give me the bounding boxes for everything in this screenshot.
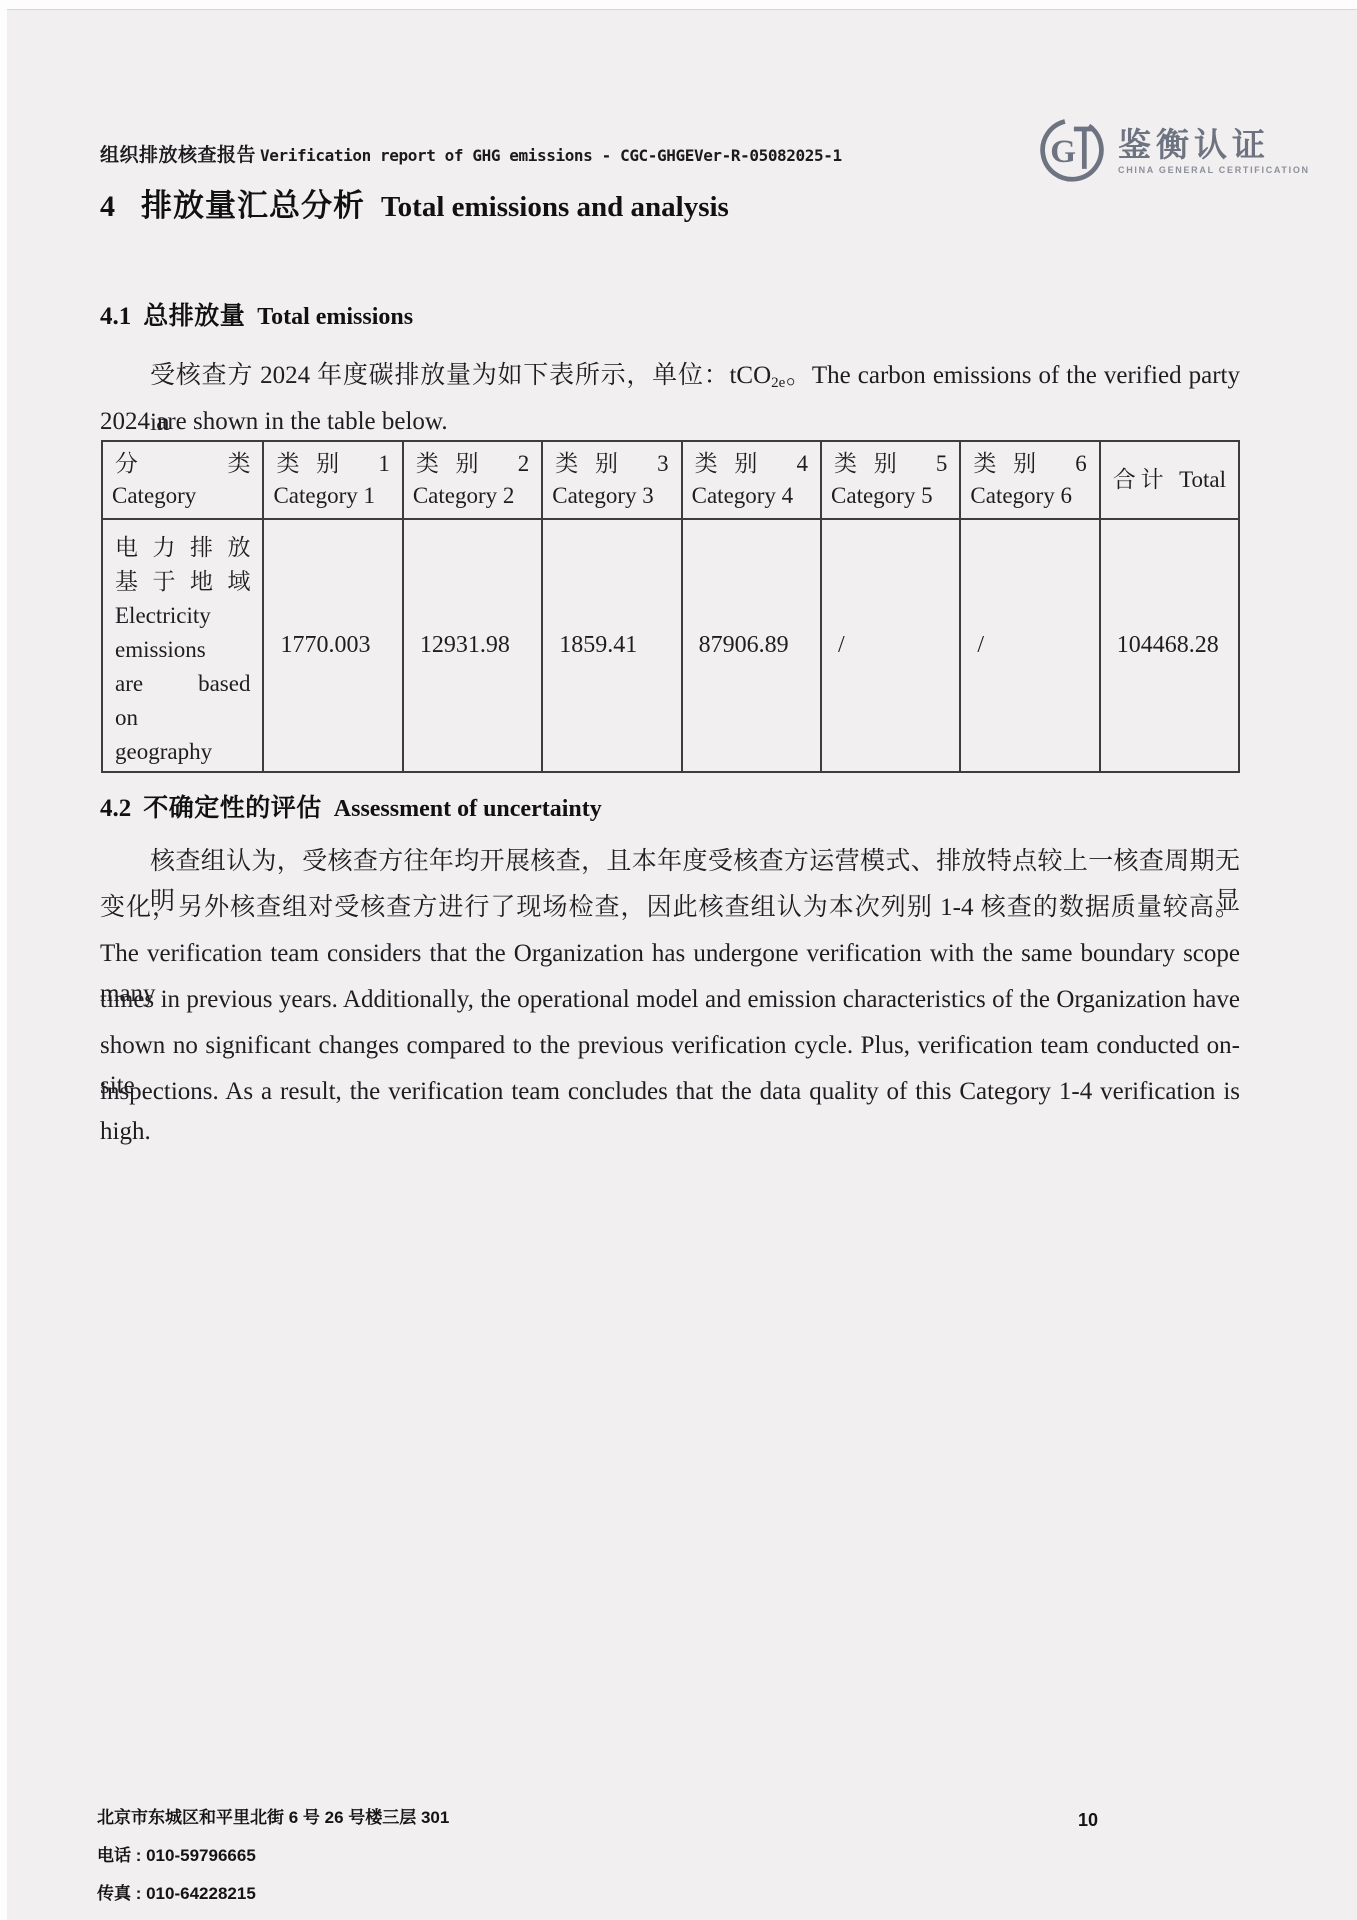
logo-name-en: CHINA GENERAL CERTIFICATION [1118,165,1310,175]
section-4-2-title-zh: 不确定性的评估 [143,788,322,824]
section-4-heading: 4 排放量汇总分析 Total emissions and analysis [100,180,729,225]
section-4-1-title-en: Total emissions [257,304,413,331]
header-zh: 类别 5 [822,448,959,480]
emissions-intro-paragraph: 受核查方 2024 年度碳排放量为如下表所示，单位：tCO2e。The carb… [100,356,1240,448]
section-4-number: 4 [100,190,115,224]
page-number: 10 [1078,1810,1098,1831]
header-en: Category 6 [961,480,1098,512]
row-label-cell: 电力排放 基于地域 Electricity emissions are base… [102,519,263,772]
paragraph-line: 变化，另外核查组对受核查方进行了现场检查，因此核查组认为本次列别 1-4 核查的… [100,888,1240,934]
header-zh: 合计 Total [1101,464,1238,496]
table-header-cell-cat6: 类别 6 Category 6 [960,441,1099,519]
header-zh: 类别 1 [264,448,401,480]
header-zh: 分类 [103,448,262,480]
cgc-logo-mark-icon: G [1036,112,1108,189]
label-line: geography [115,735,250,769]
paragraph-line: 受核查方 2024 年度碳排放量为如下表所示，单位：tCO2e。The carb… [100,356,1240,402]
table-header-cell-cat1: 类别 1 Category 1 [263,441,402,519]
header-zh: 类别 3 [543,448,680,480]
footer-phone: 电话 : 010-59796665 [97,1846,449,1884]
section-4-2-heading: 4.2 不确定性的评估 Assessment of uncertainty [100,788,602,824]
label-line: 基于地域 [115,565,250,599]
section-4-title-zh: 排放量汇总分析 [141,180,365,225]
value-cell-cat6: / [960,519,1099,772]
paragraph-line: shown no significant changes compared to… [100,1026,1240,1072]
uncertainty-paragraph: 核查组认为，受核查方往年均开展核查，且本年度受核查方运营模式、排放特点较上一核查… [100,842,1240,1118]
page-footer: 北京市东城区和平里北街 6 号 26 号楼三层 301 电话 : 010-597… [97,1808,449,1920]
table-header-cell-cat5: 类别 5 Category 5 [821,441,960,519]
value-cell-cat4: 87906.89 [682,519,821,772]
section-4-title-en: Total emissions and analysis [381,191,729,224]
paragraph-line: The verification team considers that the… [100,934,1240,980]
page-header-title-en: Verification report of GHG emissions - C… [260,146,842,165]
table-header-row: 分类 Category 类别 1 Category 1 类别 2 Categor… [102,441,1239,519]
unit-subscript: 2e [771,375,785,391]
label-line: Electricity [115,599,250,633]
section-4-1-title-zh: 总排放量 [143,296,245,332]
label-line: emissions [115,633,250,667]
page-header-title-zh: 组织排放核查报告 [100,140,256,167]
table-header-cell-cat3: 类别 3 Category 3 [542,441,681,519]
emissions-table: 分类 Category 类别 1 Category 1 类别 2 Categor… [101,440,1240,773]
table-header-cell-total: 合计 Total [1100,441,1239,519]
header-zh: 类别 2 [404,448,541,480]
header-en: Category 5 [822,480,959,512]
svg-text:G: G [1050,133,1076,170]
paragraph-line: inspections. As a result, the verificati… [100,1072,1240,1118]
value-cell-cat5: / [821,519,960,772]
table-header-cell-cat4: 类别 4 Category 4 [682,441,821,519]
section-4-1-heading: 4.1 总排放量 Total emissions [100,296,413,332]
footer-address: 北京市东城区和平里北街 6 号 26 号楼三层 301 [97,1808,449,1846]
cgc-logo: G 鉴衡认证 CHINA GENERAL CERTIFICATION [1036,112,1310,189]
paragraph-line: times in previous years. Additionally, t… [100,980,1240,1026]
label-line: on [115,701,250,735]
table-header-cell-category: 分类 Category [102,441,263,519]
header-en: Category [103,480,262,512]
label-line: 电力排放 [115,531,250,565]
header-en: Category 4 [683,480,820,512]
section-4-2-title-en: Assessment of uncertainty [334,796,602,823]
section-4-1-number: 4.1 [100,303,131,331]
section-4-2-number: 4.2 [100,795,131,823]
value-cell-cat1: 1770.003 [263,519,402,772]
logo-name-zh: 鉴衡认证 [1118,127,1310,163]
table-data-row: 电力排放 基于地域 Electricity emissions are base… [102,519,1239,772]
value-cell-cat2: 12931.98 [403,519,542,772]
header-zh: 类别 4 [683,448,820,480]
paragraph-line: 核查组认为，受核查方往年均开展核查，且本年度受核查方运营模式、排放特点较上一核查… [100,842,1240,888]
label-line: are based [115,667,250,701]
header-en: Category 3 [543,480,680,512]
value-cell-cat3: 1859.41 [542,519,681,772]
table-header-cell-cat2: 类别 2 Category 2 [403,441,542,519]
value-cell-total: 104468.28 [1100,519,1239,772]
header-zh: 类别 6 [961,448,1098,480]
footer-fax: 传真 : 010-64228215 [97,1884,449,1920]
page-header: 组织排放核查报告 Verification report of GHG emis… [100,140,842,167]
header-en: Category 2 [404,480,541,512]
paragraph-text: 受核查方 2024 年度碳排放量为如下表所示，单位：tCO [150,362,771,389]
header-en: Category 1 [264,480,401,512]
